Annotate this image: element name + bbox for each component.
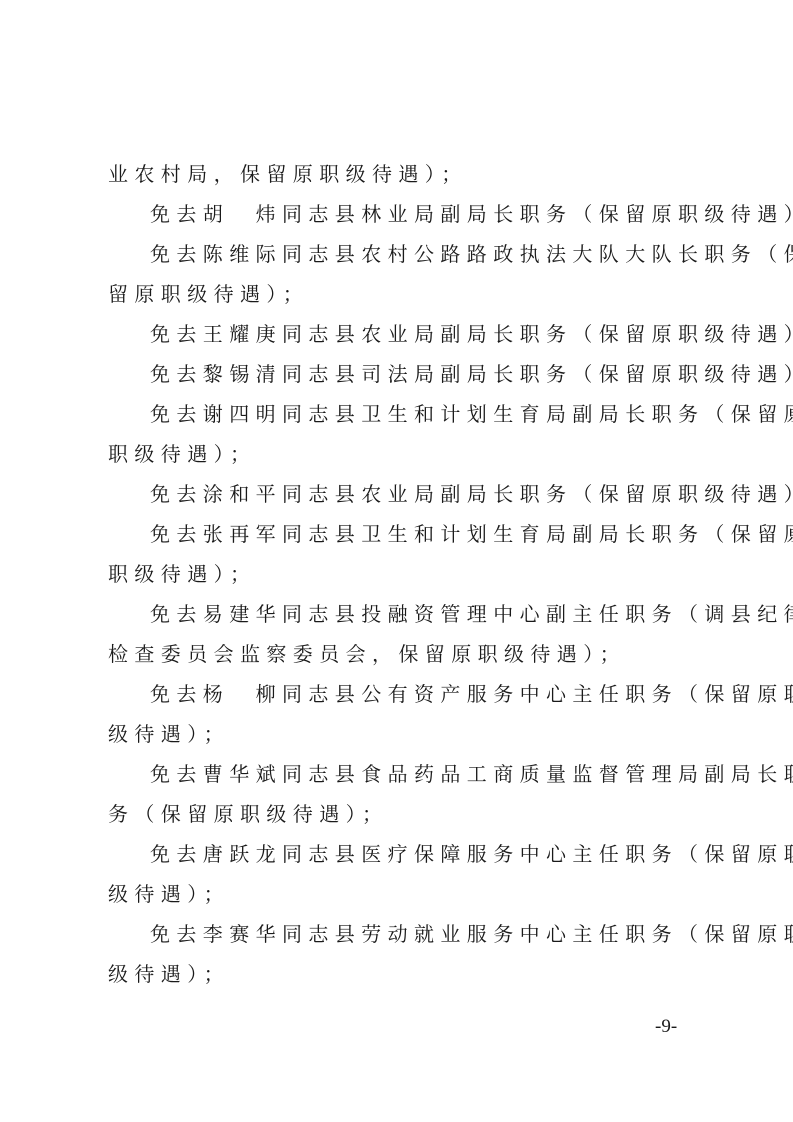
text-line: 免去王耀庚同志县农业局副局长职务（保留原职级待遇）； [150,322,793,346]
text-line: 免去谢四明同志县卫生和计划生育局副局长职务（保留原 [150,402,793,426]
text-line: 留原职级待遇）； [108,282,309,306]
page-number: -9- [655,1016,677,1038]
text-line: 业农村局，保留原职级待遇）； [108,162,468,186]
text-line: 免去唐跃龙同志县医疗保障服务中心主任职务（保留原职 [150,842,793,866]
text-line: 免去杨 柳同志县公有资产服务中心主任职务（保留原职 [150,682,793,706]
text-line: 级待遇）； [108,962,230,986]
text-line: 免去张再军同志县卫生和计划生育局副局长职务（保留原 [150,522,793,546]
text-line: 免去易建华同志县投融资管理中心副主任职务（调县纪律 [150,602,793,626]
text-line: 职级待遇）； [108,442,256,466]
text-line: 务（保留原职级待遇）； [108,802,388,826]
text-line: 级待遇）； [108,722,230,746]
text-line: 级待遇）； [108,882,230,906]
text-line: 免去曹华斌同志县食品药品工商质量监督管理局副局长职 [150,762,793,786]
text-line: 检查委员会监察委员会，保留原职级待遇）； [108,642,626,666]
text-line: 免去陈维际同志县农村公路路政执法大队大队长职务（保 [150,242,793,266]
text-line: 免去胡 炜同志县林业局副局长职务（保留原职级待遇）； [150,202,793,226]
document-page: 业农村局，保留原职级待遇）； 免去胡 炜同志县林业局副局长职务（保留原职级待遇）… [0,0,793,1122]
text-line: 免去涂和平同志县农业局副局长职务（保留原职级待遇）； [150,482,793,506]
text-line: 职级待遇）； [108,562,256,586]
text-line: 免去李赛华同志县劳动就业服务中心主任职务（保留原职 [150,922,793,946]
text-line: 免去黎锡清同志县司法局副局长职务（保留原职级待遇）； [150,362,793,386]
